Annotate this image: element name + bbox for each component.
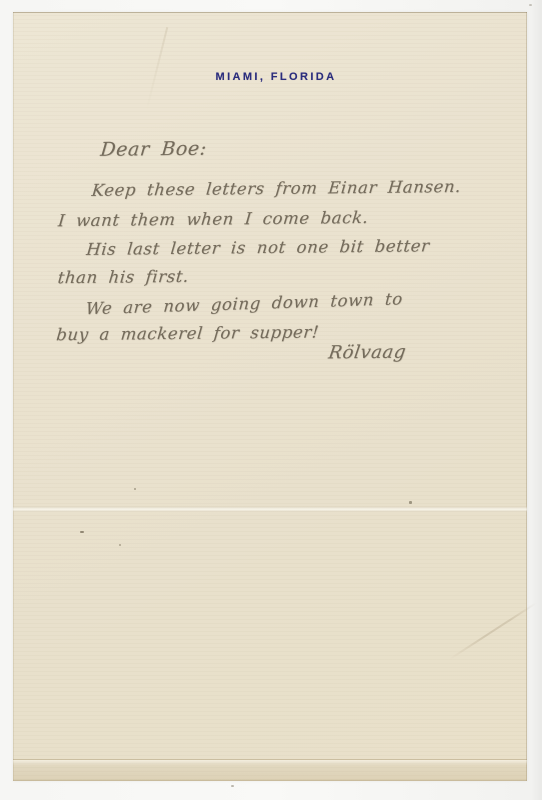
paper-speck — [119, 544, 121, 546]
letter-paper: MIAMI, FLORIDA Dear Boe: Keep these lett… — [13, 12, 527, 781]
scan-speck — [231, 785, 234, 787]
handwritten-line: buy a mackerel for supper! — [55, 322, 320, 344]
handwritten-line: We are now going down town to — [85, 289, 403, 318]
fold-crease-bottom — [13, 759, 527, 781]
handwritten-line: His last letter is not one bit better — [86, 236, 431, 259]
handwritten-line: Keep these letters from Einar Hansen. — [91, 177, 462, 200]
paper-speck — [134, 488, 136, 490]
letter-body: Dear Boe: Keep these letters from Einar … — [9, 9, 531, 783]
salutation: Dear Boe: — [99, 138, 207, 161]
scanned-letter-background: MIAMI, FLORIDA Dear Boe: Keep these lett… — [0, 0, 542, 800]
paper-speck — [80, 531, 84, 533]
scan-speck — [529, 4, 532, 6]
handwritten-line: I want them when I come back. — [57, 208, 369, 230]
paper-speck — [409, 501, 412, 504]
handwritten-line: than his first. — [57, 267, 190, 287]
signature: Rölvaag — [327, 342, 408, 364]
fold-crease-middle — [13, 506, 527, 512]
